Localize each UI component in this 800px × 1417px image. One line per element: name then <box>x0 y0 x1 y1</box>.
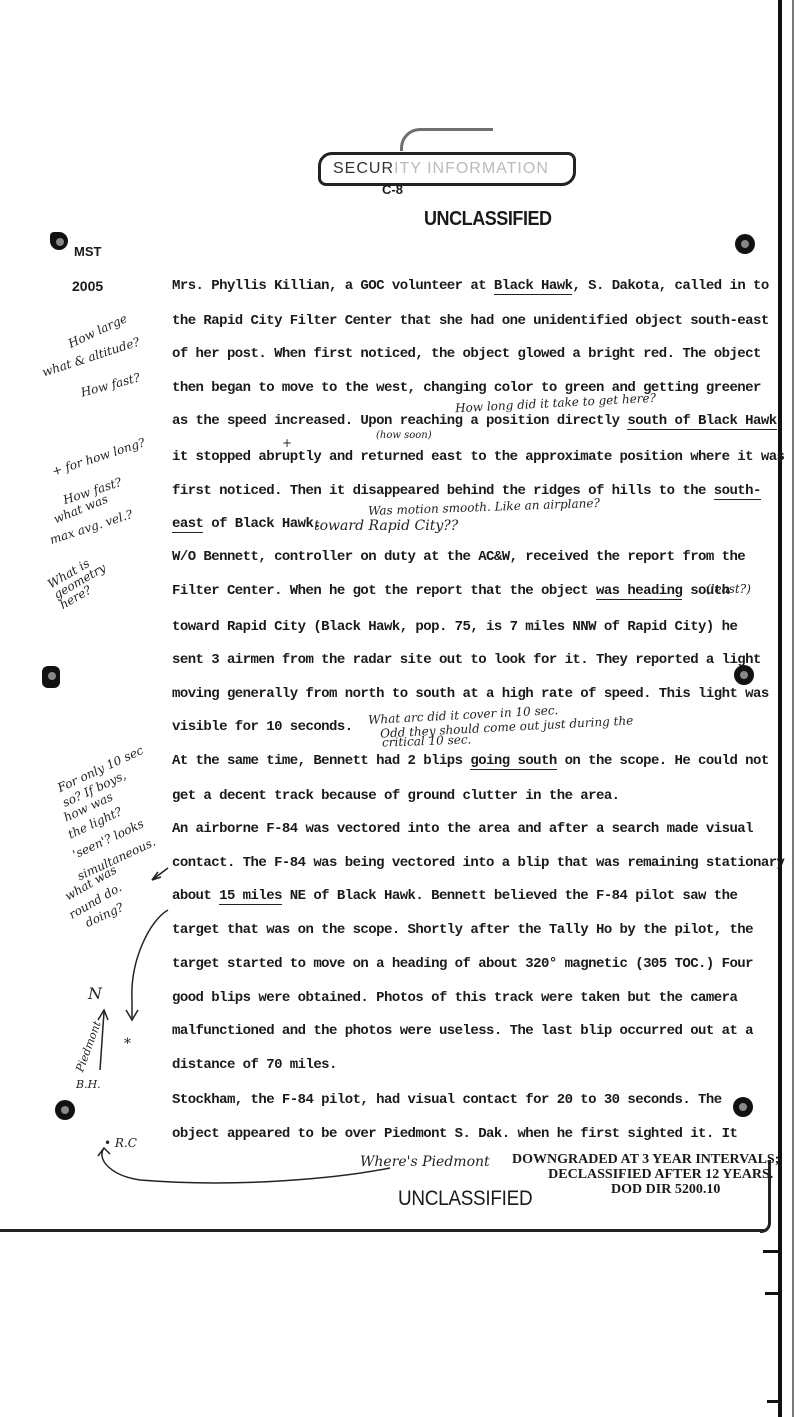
downgrade-stamp: DOWNGRADED AT 3 YEAR INTERVALS; DECLASSI… <box>512 1152 779 1197</box>
document-page: SECURITY INFORMATION C-8 UNCLASSIFIED MS… <box>0 0 800 1417</box>
downgrade-line-2: DECLASSIFIED AFTER 12 YEARS. <box>512 1167 779 1182</box>
downgrade-line-3: DOD DIR 5200.10 <box>512 1182 779 1197</box>
classification-bottom: UNCLASSIFIED <box>398 1187 532 1211</box>
downgrade-line-1: DOWNGRADED AT 3 YEAR INTERVALS; <box>512 1152 779 1167</box>
